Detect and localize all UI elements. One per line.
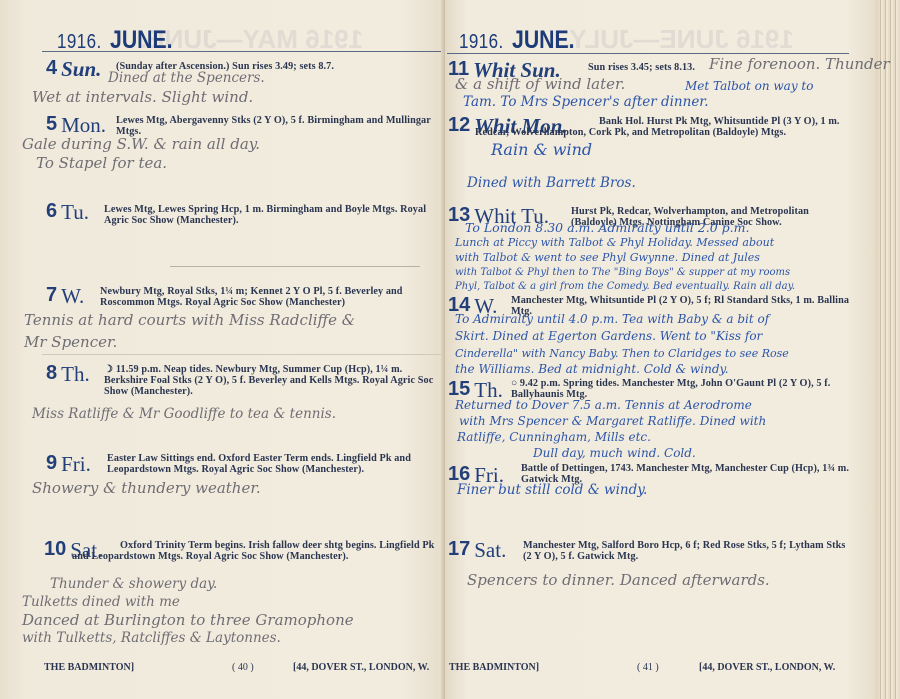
day-name: Sat. xyxy=(474,538,506,562)
printed-almanac: Bank Hol. Hurst Pk Mtg, Whitsuntide Pl (… xyxy=(475,116,843,138)
day-heading: 4Sun. xyxy=(46,57,101,82)
handwritten-note: To Admiralty until 4.0 p.m. Tea with Bab… xyxy=(455,312,769,327)
handwritten-note: Dined at the Spencers. xyxy=(108,70,265,87)
day-number: 17 xyxy=(448,538,470,560)
handwritten-note: To London 8.30 a.m. Admiralty until 2.0 … xyxy=(465,220,749,235)
handwritten-note: Tulketts dined with me xyxy=(22,594,180,611)
day-number: 12 xyxy=(448,114,470,136)
printed-almanac: Manchester Mtg, Salford Boro Hcp, 6 f; R… xyxy=(523,540,853,562)
day-name: Sun. xyxy=(61,57,101,81)
day-number: 8 xyxy=(46,362,57,384)
handwritten-note: Danced at Burlington to three Gramophone xyxy=(22,612,354,629)
page-number: ( 40 ) xyxy=(232,662,254,673)
printed-almanac: ☽ 11.59 p.m. Neap tides. Newbury Mtg, Su… xyxy=(104,364,444,397)
day-number: 5 xyxy=(46,113,57,135)
day-number: 6 xyxy=(46,200,57,222)
day-number: 7 xyxy=(46,284,57,306)
handwritten-note: Miss Ratliffe & Mr Goodliffe to tea & te… xyxy=(32,406,336,423)
printed-almanac: Sun rises 3.45; sets 8.13. xyxy=(588,62,695,73)
handwritten-note: Dined with Barrett Bros. xyxy=(467,175,636,192)
handwritten-note: Cinderella" with Nancy Baby. Then to Cla… xyxy=(455,346,789,361)
bleed-through-header: 1916 JUNE—JULY. xyxy=(565,24,794,55)
day-number: 10 xyxy=(44,538,66,560)
handwritten-note: Wet at intervals. Slight wind. xyxy=(32,89,253,106)
faint-rule xyxy=(170,266,420,267)
day-heading: 17Sat. xyxy=(448,538,506,563)
day-name: Th. xyxy=(61,362,90,386)
handwritten-note: & a shift of wind later. xyxy=(455,76,625,93)
footer-address: [44, DOVER ST., LONDON, W. xyxy=(699,662,835,673)
day-name: W. xyxy=(61,284,84,308)
header-rule xyxy=(447,53,849,54)
handwritten-note: Tam. To Mrs Spencer's after dinner. xyxy=(463,94,709,111)
day-heading: 7W. xyxy=(46,284,84,309)
printed-almanac: Oxford Trinity Term begins. Irish fallow… xyxy=(72,540,444,562)
handwritten-note: the Williams. Bed at midnight. Cold & wi… xyxy=(455,362,729,377)
day-name: Mon. xyxy=(61,113,106,137)
day-heading: 9Fri. xyxy=(46,452,91,477)
handwritten-note: Spencers to dinner. Danced afterwards. xyxy=(467,572,770,589)
printed-almanac: Newbury Mtg, Royal Stks, 1¼ m; Kennet 2 … xyxy=(100,286,445,308)
header-year: 1916. xyxy=(459,31,504,54)
page-header: 1916. JUNE. xyxy=(459,26,586,55)
header-month: JUNE. xyxy=(512,26,575,55)
handwritten-note: with Talbot & went to see Phyl Gwynne. D… xyxy=(455,251,760,265)
day-heading: 6Tu. xyxy=(46,200,89,225)
handwritten-note: Gale during S.W. & rain all day. xyxy=(22,136,260,153)
handwritten-note: with Mrs Spencer & Margaret Ratliffe. Di… xyxy=(459,414,766,429)
handwritten-note: Tennis at hard courts with Miss Radcliff… xyxy=(24,312,355,329)
day-number: 4 xyxy=(46,57,57,79)
handwritten-note: Skirt. Dined at Egerton Gardens. Went to… xyxy=(455,329,762,344)
day-name: Fri. xyxy=(61,452,91,476)
handwritten-note: Fine forenoon. Thunder xyxy=(709,56,890,73)
printed-almanac: Lewes Mtg, Abergavenny Stks (2 Y O), 5 f… xyxy=(116,115,441,137)
handwritten-note: with Tulketts, Ratcliffes & Laytonnes. xyxy=(22,630,281,647)
diary-page-right: 1916 JUNE—JULY. 1916. JUNE. 11Whit Sun. … xyxy=(445,0,900,699)
printed-almanac: ○ 9.42 p.m. Spring tides. Manchester Mtg… xyxy=(511,378,851,400)
handwritten-note: Mr Spencer. xyxy=(24,334,117,351)
day-name: Tu. xyxy=(61,200,89,224)
day-number: 9 xyxy=(46,452,57,474)
handwritten-note: Ratliffe, Cunningham, Mills etc. xyxy=(457,430,651,445)
page-edges xyxy=(878,0,900,699)
footer-address: [44, DOVER ST., LONDON, W. xyxy=(293,662,429,673)
handwritten-note: Dull day, much wind. Cold. xyxy=(533,446,696,461)
header-rule xyxy=(42,51,442,52)
printed-almanac: Lewes Mtg, Lewes Spring Hcp, 1 m. Birmin… xyxy=(104,204,444,226)
footer-publisher: THE BADMINTON] xyxy=(44,662,134,673)
handwritten-note: Thunder & showery day. xyxy=(50,576,217,593)
handwritten-note: Rain & wind xyxy=(491,141,592,158)
handwritten-note: Showery & thundery weather. xyxy=(32,480,261,497)
handwritten-note: with Talbot & Phyl then to The "Bing Boy… xyxy=(455,266,790,280)
handwritten-note: Finer but still cold & windy. xyxy=(457,482,647,499)
diary-page-left: 1916 MAY—JUNE. 1916. JUNE. 4Sun. (Sunday… xyxy=(0,0,445,699)
footer-publisher: THE BADMINTON] xyxy=(449,662,539,673)
handwritten-note: Phyl, Talbot & a girl from the Comedy. B… xyxy=(455,280,795,294)
day-number: 15 xyxy=(448,378,470,400)
handwritten-note: Returned to Dover 7.5 a.m. Tennis at Aer… xyxy=(455,398,752,413)
handwritten-note: To Stapel for tea. xyxy=(36,155,167,172)
printed-almanac: Easter Law Sittings end. Oxford Easter T… xyxy=(107,453,445,475)
handwritten-note: Met Talbot on way to xyxy=(685,78,813,95)
day-heading: 8Th. xyxy=(46,362,90,387)
page-number: ( 41 ) xyxy=(637,662,659,673)
handwritten-note: Lunch at Piccy with Talbot & Phyl Holida… xyxy=(455,236,774,250)
faint-rule xyxy=(42,354,442,355)
